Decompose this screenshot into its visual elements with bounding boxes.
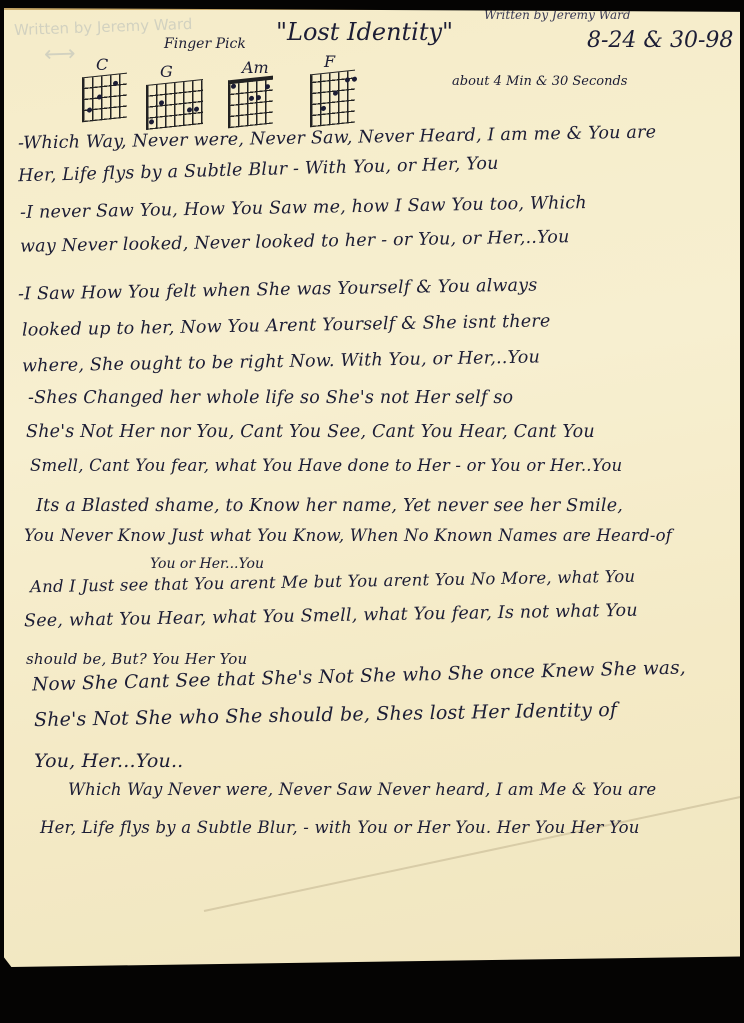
duration-note: about 4 Min & 30 Seconds bbox=[452, 74, 627, 89]
chord-am-diagram: Am bbox=[228, 78, 273, 126]
lyrics-sheet: Written by Jeremy Ward ⟷ "Lost Identity"… bbox=[4, 8, 740, 967]
lyric-line: should be, But? You Her You bbox=[26, 650, 247, 668]
lyric-line: Her, Life flys by a Subtle Blur - With Y… bbox=[18, 154, 499, 187]
lyric-line: She's Not She who She should be, Shes lo… bbox=[34, 699, 618, 731]
lyric-line: way Never looked, Never looked to her - … bbox=[20, 227, 570, 257]
lyric-line: -Which Way, Never were, Never Saw, Never… bbox=[18, 122, 656, 153]
chord-label: F bbox=[324, 52, 335, 71]
chord-f-diagram: F bbox=[310, 72, 355, 125]
chord-label: G bbox=[160, 62, 173, 81]
style-note: Finger Pick bbox=[164, 36, 246, 52]
byline: Written by Jeremy Ward bbox=[484, 8, 631, 22]
song-title: "Lost Identity" bbox=[276, 18, 453, 46]
lyric-line: And I Just see that You arent Me but You… bbox=[30, 567, 636, 597]
ghost-arrow-icon: ⟷ bbox=[44, 41, 76, 67]
date: 8-24 & 30-98 bbox=[587, 28, 733, 53]
lyric-line: She's Not Her nor You, Cant You See, Can… bbox=[26, 422, 595, 442]
lyric-line: Which Way Never were, Never Saw Never he… bbox=[68, 780, 656, 799]
chord-label: C bbox=[96, 55, 108, 74]
lyric-line: See, what You Hear, what You Smell, what… bbox=[24, 601, 638, 632]
lyric-line: -I never Saw You, How You Saw me, how I … bbox=[20, 193, 587, 223]
lyric-line: -I Saw How You felt when She was Yoursel… bbox=[18, 275, 538, 304]
lyric-line: looked up to her, Now You Arent Yourself… bbox=[22, 311, 551, 340]
lyric-line: Smell, Cant You fear, what You Have done… bbox=[30, 456, 622, 475]
lyric-line: -Shes Changed her whole life so She's no… bbox=[28, 388, 513, 408]
lyric-line: You, Her...You.. bbox=[34, 750, 183, 772]
lyric-line: where, She ought to be right Now. With Y… bbox=[22, 347, 540, 376]
lyric-line: You Never Know Just what You Know, When … bbox=[24, 526, 672, 545]
lyric-line: Its a Blasted shame, to Know her name, Y… bbox=[36, 496, 623, 516]
chord-c-diagram: C bbox=[82, 75, 127, 120]
chord-g-diagram: G bbox=[146, 82, 203, 127]
paper-fold bbox=[204, 794, 744, 912]
lyric-line: Her, Life flys by a Subtle Blur, - with … bbox=[40, 818, 640, 837]
chord-label: Am bbox=[242, 58, 269, 77]
lyric-line: You or Her...You bbox=[150, 556, 264, 572]
